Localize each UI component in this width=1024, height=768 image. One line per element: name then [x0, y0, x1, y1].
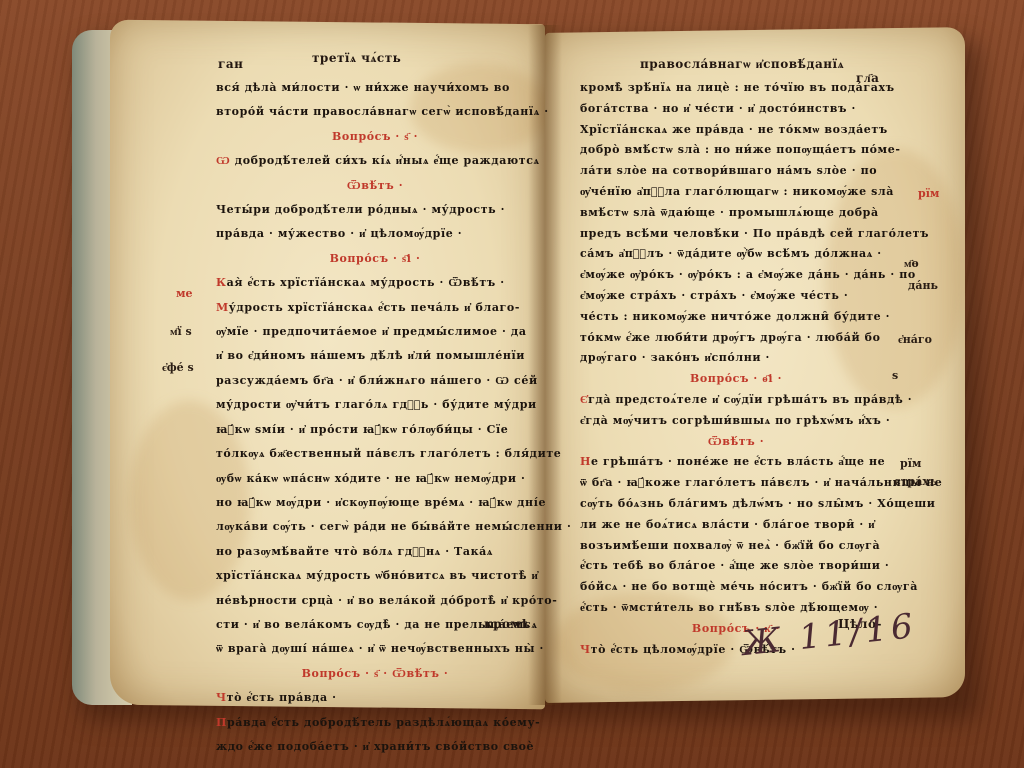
- margin-note: м҃ѳ: [904, 254, 919, 274]
- rubricated-initial: Ч: [580, 643, 591, 656]
- text-line: хрїстїа́нскаѧ му́дрость ѡ҆бно́витсѧ въ ч…: [216, 564, 534, 588]
- text-line: пра́вда · му́жество · и҆ цѣломѹ́дрїе ·: [216, 222, 534, 246]
- text-line: предъ всѣ́ми человѣ́ки · По пра́вдѣ сей …: [580, 224, 892, 245]
- text-line: че́сть : никомѹ́же ничто́же должни̑ бу́д…: [580, 307, 892, 328]
- text-line: Хрїстїа́нскаѧ же пра́вда · не то́кмѡ воз…: [580, 120, 892, 141]
- margin-note: рїм: [900, 454, 921, 474]
- text-line: но разѹмѣ́вайте что̀ во́лѧ гдⷭ҇нѧ · Така…: [216, 540, 534, 564]
- text-line: Кая̀ е҆́сть хрїстїа́нскаѧ му́дрость · Ѿв…: [216, 271, 534, 295]
- text-line: не́вѣрности срца̀ · и҆ во вела́кой до́бр…: [216, 589, 534, 613]
- text-line: разсужда́емъ бг҃а · и҆ бли́жнѧго на́шего…: [216, 369, 534, 393]
- text-line: Ѿвѣ́тъ ·: [580, 432, 892, 453]
- margin-note: да́нь: [908, 276, 938, 296]
- text-line: бога́тства · но и҆ че́сти · и҆ досто́инс…: [580, 99, 892, 120]
- text-line: са́мъ а҆пⷭ҇лъ · ѿда́дите ѹ҆̀бѡ всѣ́мъ до…: [580, 244, 892, 265]
- text-line: Вопро́съ · ѕ҃ · Ѿвѣ́тъ ·: [216, 662, 534, 686]
- text-line: сѹ́ть бо́ѧзнь бла́гимъ дѣлѡ́мъ · но ѕлы̑…: [580, 494, 892, 515]
- rubricated-initial: Н: [580, 455, 591, 468]
- rubricated-initial: М: [216, 301, 229, 314]
- text-line: ꙗ҆́кѡ ѕмі́и · и҆ про́сти ꙗ҆́кѡ го́лѹби́ц…: [216, 418, 534, 442]
- catchword-bottom-left: кромѣ: [484, 612, 530, 637]
- rubricated-initial: К: [216, 276, 227, 289]
- text-line: є҆гда̀ мѹ́читъ согрѣши́вшыѧ по грѣхѡ́мъ …: [580, 411, 892, 432]
- text-line: ѹбѡ ка́кѡ ѡпа́снѡ хо́дите · не ꙗ҆́кѡ нем…: [216, 467, 534, 491]
- text-line: Вопро́съ · ѕ҃і ·: [216, 247, 534, 271]
- text-line: добро̀ вмѣ́стѡ ѕла̀ : но ни́же попѹща́ет…: [580, 140, 892, 161]
- margin-note: м҃ї ѕ: [170, 322, 192, 342]
- text-line: Му́дрость хрїстїа́нскаѧ е҆́сть печа́ль и…: [216, 296, 534, 320]
- margin-note: ѕ: [892, 366, 898, 386]
- text-line: е҆́сть тебѣ̀ во бла́гое · а҆́ще же ѕло̀е…: [580, 556, 892, 577]
- text-line: му́дрости ѹ҆чи́тъ глаго́лѧ гдⷭ҇ь · бу́ди…: [216, 393, 534, 417]
- text-line: ла́ти ѕло̀е на сотвори́вшаго на́мъ ѕло̀е…: [580, 161, 892, 182]
- text-line: Вопро́съ · ѳ҃і ·: [580, 369, 892, 390]
- text-line: но ꙗ҆́кѡ мѹ́дри · и҆скѹпѹ́юще вре́мѧ · ꙗ…: [216, 491, 534, 515]
- text-line: Ѡ добродѣ́телей си́хъ кі́ѧ и҆́ныѧ е҆́ще …: [216, 149, 534, 173]
- text-line: дрѹ́гаго · зако́нъ и҆спо́лни ·: [580, 348, 892, 369]
- text-line: кромѣ̀ зрѣ́нїѧ на лицѐ : не то́чїю въ по…: [580, 78, 892, 99]
- text-line: вмѣ́стѡ ѕла̀ ѿдаю́ще · промышлѧ́юще добр…: [580, 203, 892, 224]
- text-line: бо́йсѧ · не бо вотщѐ ме́чь но́ситъ · бж҃…: [580, 577, 892, 598]
- text-line: ждо е҆́же подоба́етъ · и҆ храни́тъ сво́й…: [216, 735, 534, 759]
- text-line: ли же не боѧ́тисѧ вла́сти · бла́гое твор…: [580, 515, 892, 536]
- margin-note: стра́хъ: [894, 472, 937, 492]
- rubricated-initial: Ч: [216, 691, 227, 704]
- text-line: ѹ҆че́нїю а҆пⷭ҇ла глаго́лющагѡ : никомѹ́ж…: [580, 182, 892, 203]
- text-line: є҆мѹ́же ѹ҆ро́къ · ѹ҆ро́къ : а є҆мѹ́же да…: [580, 265, 892, 286]
- text-line: то́лкѹѧ бж҃ественный па́вєлъ глаго́летъ …: [216, 442, 534, 466]
- running-header-left: третїѧ чѧ́сть: [312, 46, 401, 71]
- text-line: Не грѣша́тъ · поне́же не е҆́сть вла́сть …: [580, 452, 892, 473]
- left-page-text: вся́ дѣла̀ ми́лости · ѡ ни́хже научи́хом…: [216, 76, 534, 759]
- running-header-right: правосла́внагѡ и҆сповѣ́данїѧ: [640, 52, 844, 77]
- right-page-text: кромѣ̀ зрѣ́нїѧ на лицѐ : не то́чїю въ по…: [580, 78, 892, 660]
- margin-note: є҆фе́ ѕ: [162, 358, 194, 378]
- text-line: ѹ҆мїе · предпочита́емое и҆ предмы́слимое…: [216, 320, 534, 344]
- text-line: второ́й ча́сти правосла́внагѡ сегѡ̀ испо…: [216, 100, 534, 124]
- text-line: Вопро́съ · ѕ҃ ·: [216, 125, 534, 149]
- text-line: то́кмѡ є҆́же люби́ти дрѹ́гъ дрѹ́га · люб…: [580, 328, 892, 349]
- catchword-top: ган: [218, 52, 243, 77]
- rubricated-initial: Ѡ: [216, 154, 230, 167]
- margin-note: ме: [176, 284, 193, 304]
- text-line: вся́ дѣла̀ ми́лости · ѡ ни́хже научи́хом…: [216, 76, 534, 100]
- rubricated-initial: П: [216, 716, 227, 729]
- margin-note: є҆на́го: [898, 330, 932, 350]
- text-line: ѿ врага̀ дѹші́ на́шеѧ · и҆ ѿ нечѹ́вствен…: [216, 637, 534, 661]
- text-line: Є҆гда̀ предстоѧ́теле и҆ сѹ́дїи грѣша́тъ …: [580, 390, 892, 411]
- text-line: Пра́вда е҆́сть добродѣ́тель раздѣлѧ́ющаѧ…: [216, 711, 534, 735]
- text-line: Что̀ е҆́сть пра́вда ·: [216, 686, 534, 710]
- text-line: є҆мѹ́же стра́хъ · стра́хъ · є҆мѹ́же че́с…: [580, 286, 892, 307]
- rubricated-initial: Є: [580, 393, 588, 406]
- text-line: и҆ во є҆ди́номъ на́шемъ дѣ́лѣ и҆ли́ помы…: [216, 344, 534, 368]
- text-line: ѿ бг҃а · ꙗ҆́коже глаго́летъ па́вєлъ · и҆…: [580, 473, 892, 494]
- text-line: Четы́ри добродѣ́тели ро́дныѧ · му́дрость…: [216, 198, 534, 222]
- margin-note: рїм: [918, 184, 939, 204]
- text-line: возъимѣ́еши похвалѹ̀ ѿ неѧ̀ · бж҃їй бо с…: [580, 536, 892, 557]
- text-line: Ѿвѣ́тъ ·: [216, 174, 534, 198]
- text-line: лѹка́ви сѹ́ть · сегѡ̀ ра́ди не бы́ва́йте…: [216, 515, 534, 539]
